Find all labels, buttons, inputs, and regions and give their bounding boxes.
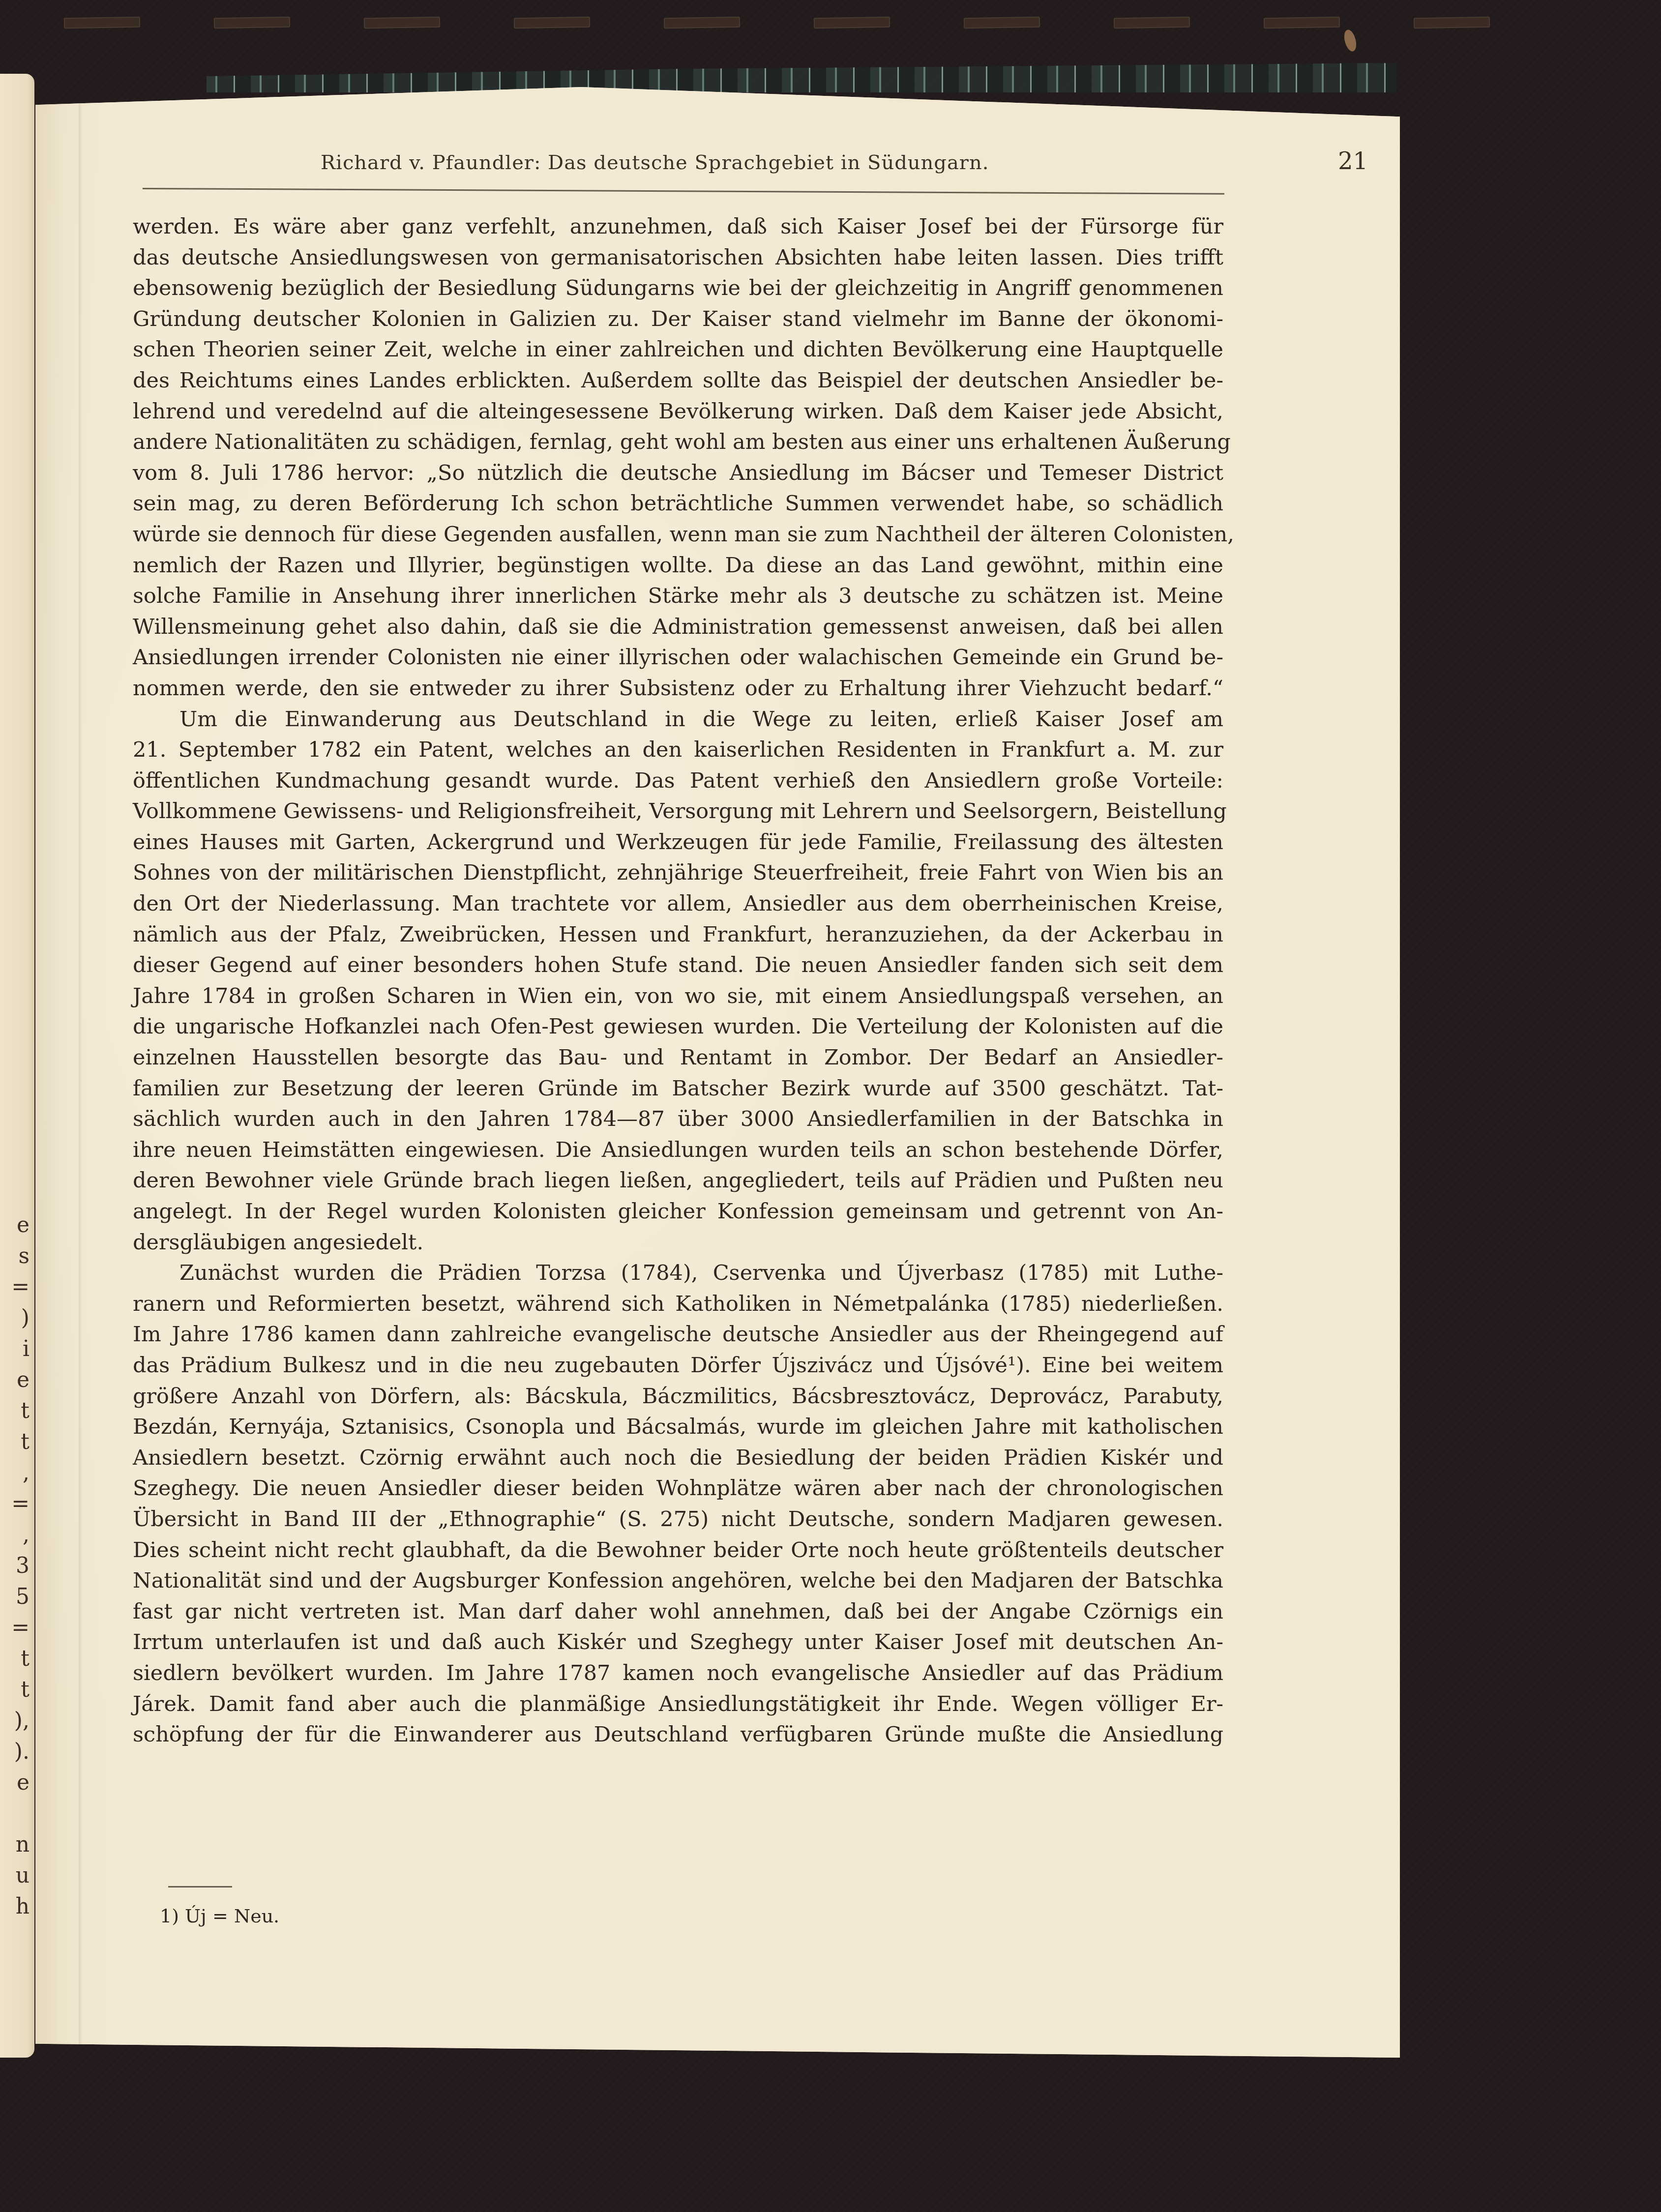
text-line: vom 8. Juli 1786 hervor: „So nützlich di… [133, 458, 1223, 489]
text-line: des Reichtums eines Landes erblickten. A… [133, 365, 1223, 396]
text-line: das Prädium Bulkesz und in die neu zugeb… [133, 1350, 1223, 1381]
text-line: Ansiedlern besetzt. Czörnig erwähnt auch… [133, 1443, 1223, 1474]
text-line: die ungarische Hofkanzlei nach Ofen-Pest… [133, 1011, 1223, 1042]
text-line: Sohnes von der militärischen Dienstpflic… [133, 857, 1223, 888]
stitch [814, 17, 890, 29]
text-line: deren Bewohner viele Gründe brach liegen… [133, 1165, 1223, 1196]
text-line: öffentlichen Kundmachung gesandt wurde. … [133, 766, 1223, 796]
text-line: solche Familie in Ansehung ihrer innerli… [133, 581, 1223, 612]
text-line: angelegt. In der Regel wurden Kolonisten… [133, 1196, 1223, 1227]
text-line: Vollkommene Gewissens- und Religionsfrei… [133, 796, 1223, 827]
text-line: andere Nationalitäten zu schädigen, fern… [133, 427, 1223, 458]
text-line: fast gar nicht vertreten ist. Man darf d… [133, 1596, 1223, 1627]
text-line: würde sie dennoch für diese Gegenden aus… [133, 519, 1223, 550]
text-line: nommen werde, den sie entweder zu ihrer … [133, 673, 1223, 704]
running-head-title: Richard v. Pfaundler: Das deutsche Sprac… [321, 151, 989, 174]
text-line: familien zur Besetzung der leeren Gründe… [133, 1073, 1223, 1104]
paragraph-1: werden. Es wäre aber ganz verfehlt, anzu… [133, 211, 1223, 704]
text-line: Bezdán, Kernyája, Sztanisics, Csonopla u… [133, 1412, 1223, 1443]
text-line: nämlich aus der Pfalz, Zweibrücken, Hess… [133, 919, 1223, 950]
stitch [1114, 17, 1190, 29]
text-line: Zunächst wurden die Prädien Torzsa (1784… [133, 1258, 1223, 1289]
text-line: Irrtum unterlaufen ist und daß auch Kisk… [133, 1627, 1223, 1658]
text-line: Szeghegy. Die neuen Ansiedler dieser bei… [133, 1473, 1223, 1504]
text-line: ebensowenig bezüglich der Besiedlung Süd… [133, 273, 1223, 304]
text-line: sein mag, zu deren Beförderung Ich schon… [133, 488, 1223, 519]
previous-page-margin-text: e s = ) i e t t , = , 3 5 = t t ), ). e … [0, 74, 30, 2058]
text-line: Jahre 1784 in großen Scharen in Wien ein… [133, 981, 1223, 1012]
text-line: Im Jahre 1786 kamen dann zahlreiche evan… [133, 1319, 1223, 1350]
text-line: 21. September 1782 ein Patent, welches a… [133, 735, 1223, 766]
body-text: werden. Es wäre aber ganz verfehlt, anzu… [133, 211, 1223, 1750]
paragraph-2: Um die Einwanderung aus Deutschland in d… [133, 704, 1223, 1258]
text-line: ranern und Reformierten besetzt, während… [133, 1289, 1223, 1320]
text-line: eines Hauses mit Garten, Ackergrund und … [133, 827, 1223, 858]
text-line: lehrend und veredelnd auf die alteingese… [133, 396, 1223, 427]
running-head: Richard v. Pfaundler: Das deutsche Sprac… [285, 147, 1377, 175]
text-line: Willensmeinung gehet also dahin, daß sie… [133, 612, 1223, 643]
text-line: schen Theorien seiner Zeit, welche in ei… [133, 334, 1223, 365]
text-line: dieser Gegend auf einer besonders hohen … [133, 950, 1223, 981]
stitch [64, 17, 140, 29]
stitch [964, 17, 1040, 29]
stitch [1264, 17, 1340, 29]
text-line: siedlern bevölkert wurden. Im Jahre 1787… [133, 1658, 1223, 1689]
text-line: einzelnen Hausstellen besorgte das Bau- … [133, 1042, 1223, 1073]
page-number: 21 [1338, 147, 1368, 175]
binding-stitches [64, 17, 1490, 32]
previous-page-edge: e s = ) i e t t , = , 3 5 = t t ), ). e … [0, 74, 34, 2058]
stitch [214, 17, 290, 29]
text-line: nemlich der Razen und Illyrier, begünsti… [133, 550, 1223, 581]
footnote-rule [168, 1886, 232, 1888]
text-line: ihre neuen Heimstätten eingewiesen. Die … [133, 1135, 1223, 1166]
text-line: Übersicht in Band III der „Ethnographie“… [133, 1504, 1223, 1535]
text-line: Nationalität sind und der Augsburger Kon… [133, 1565, 1223, 1596]
stitch [514, 17, 590, 29]
text-line: Ansiedlungen irrender Colonisten nie ein… [133, 642, 1223, 673]
text-line: den Ort der Niederlassung. Man trachtete… [133, 888, 1223, 919]
text-line: Járek. Damit fand aber auch die planmäßi… [133, 1689, 1223, 1720]
text-line: Dies scheint nicht recht glaubhaft, da d… [133, 1535, 1223, 1566]
text-line: sächlich wurden auch in den Jahren 1784—… [133, 1104, 1223, 1135]
stitch [364, 17, 440, 29]
text-line: Um die Einwanderung aus Deutschland in d… [133, 704, 1223, 735]
footnote: 1) Új = Neu. [160, 1905, 279, 1927]
text-line: schöpfung der für die Einwanderer aus De… [133, 1719, 1223, 1750]
text-line: das deutsche Ansiedlungswesen von german… [133, 242, 1223, 273]
text-line: werden. Es wäre aber ganz verfehlt, anzu… [133, 211, 1223, 242]
stitch [664, 17, 740, 29]
stitch [1414, 17, 1490, 29]
text-line: dersgläubigen angesiedelt. [133, 1227, 1223, 1258]
text-line: Gründung deutscher Kolonien in Galizien … [133, 304, 1223, 335]
paragraph-3: Zunächst wurden die Prädien Torzsa (1784… [133, 1258, 1223, 1750]
gutter-shadow [79, 81, 83, 2058]
text-line: größere Anzahl von Dörfern, als: Bácskul… [133, 1381, 1223, 1412]
